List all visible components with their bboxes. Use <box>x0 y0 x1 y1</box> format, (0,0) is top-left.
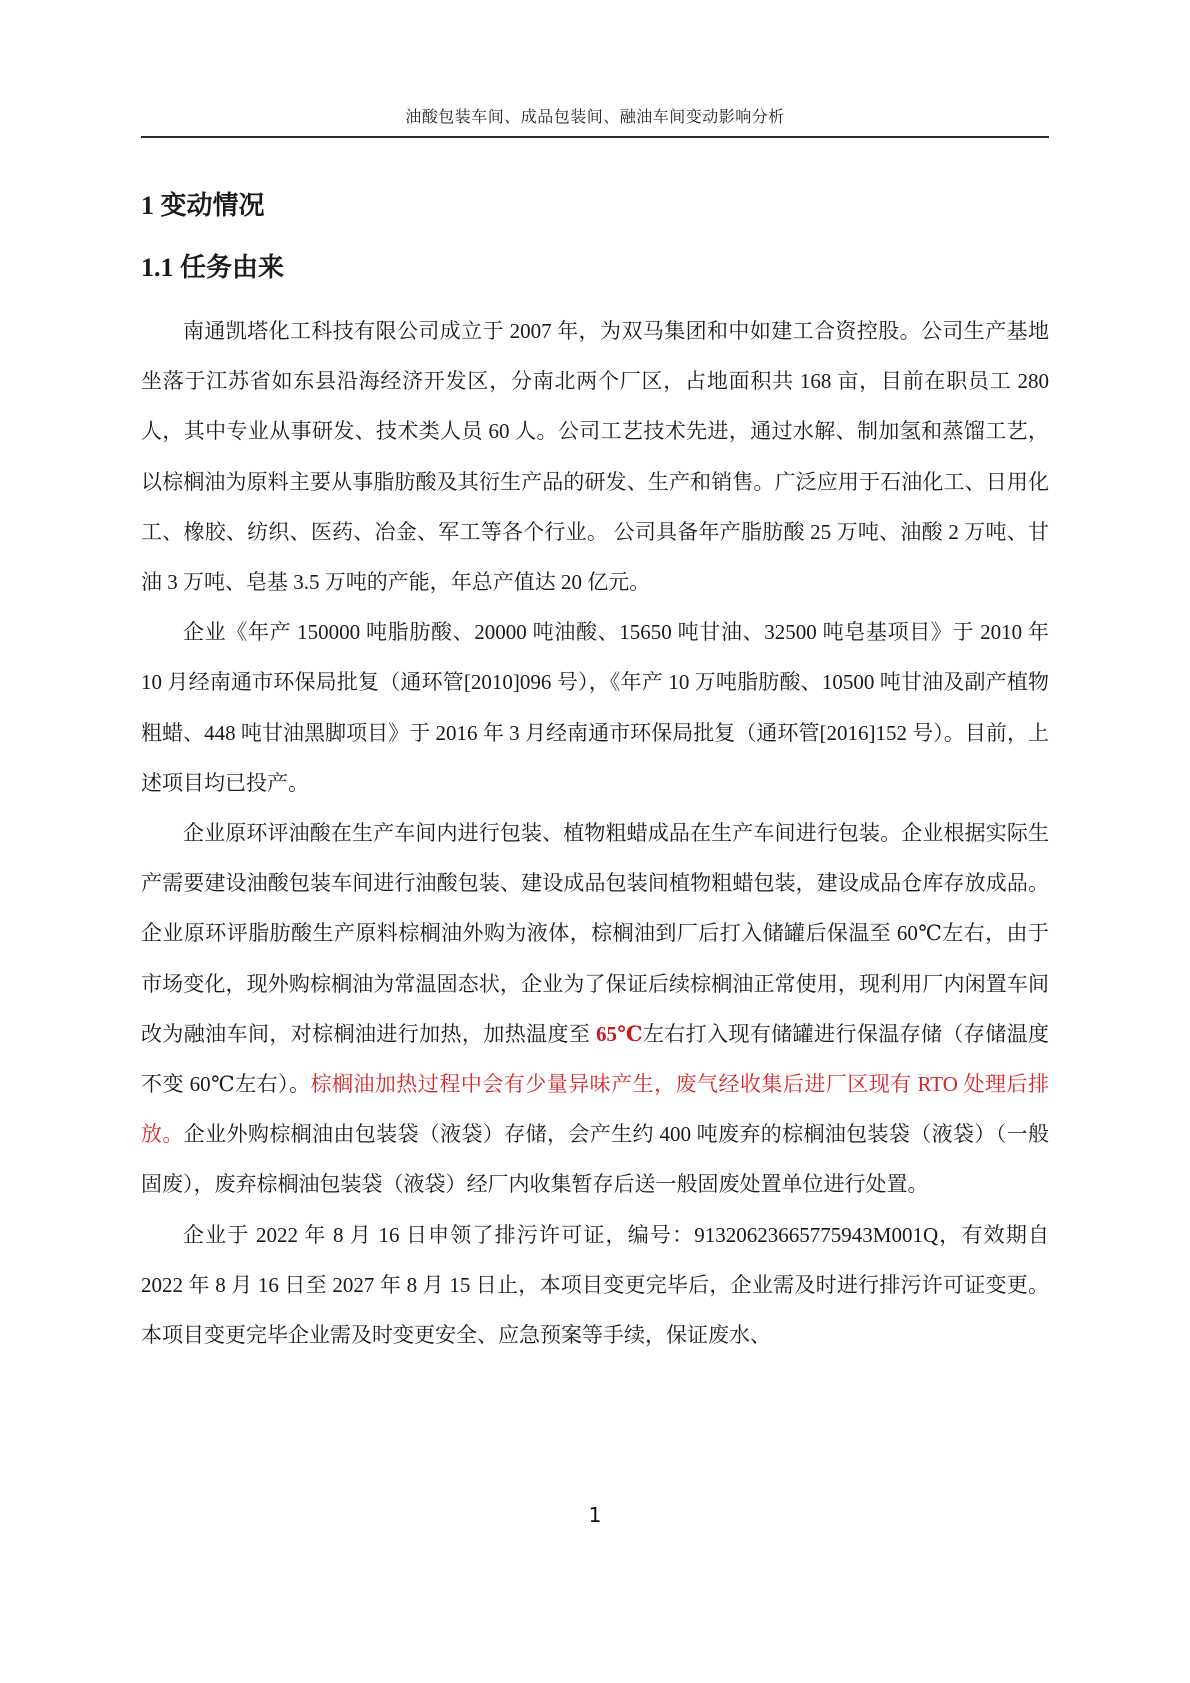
paragraph-project-approvals: 企业《年产 150000 吨脂肪酸、20000 吨油酸、15650 吨甘油、32… <box>141 607 1049 808</box>
subsection-heading: 1.1 任务由来 <box>141 248 1049 288</box>
paragraph-text: 企业原环评油酸在生产车间内进行包装、植物粗蜡成品在生产车间进行包装。企业根据实际… <box>141 821 1049 1046</box>
page-body: 1 变动情况 1.1 任务由来 南通凯塔化工科技有限公司成立于 2007 年，为… <box>141 186 1049 1360</box>
header-rule <box>141 136 1049 138</box>
paragraph-text: 企业外购棕榈油由包装袋（液袋）存储，会产生约 400 吨废弃的棕榈油包装袋（液袋… <box>141 1122 1049 1196</box>
section-heading: 1 变动情况 <box>141 186 1049 226</box>
running-header: 油酸包装车间、成品包装间、融油车间变动影响分析 <box>141 104 1049 127</box>
paragraph-text: 企业于 2022 年 8 月 16 日申领了排污许可证，编号：913206236… <box>141 1223 1049 1347</box>
paragraph-text: 企业《年产 150000 吨脂肪酸、20000 吨油酸、15650 吨甘油、32… <box>141 620 1049 795</box>
body-paragraphs: 南通凯塔化工科技有限公司成立于 2007 年，为双马集团和中如建工合资控股。公司… <box>141 306 1049 1360</box>
paragraph-company-intro: 南通凯塔化工科技有限公司成立于 2007 年，为双马集团和中如建工合资控股。公司… <box>141 306 1049 607</box>
paragraph-text: 南通凯塔化工科技有限公司成立于 2007 年，为双马集团和中如建工合资控股。公司… <box>141 319 1049 594</box>
paragraph-change-description: 企业原环评油酸在生产车间内进行包装、植物粗蜡成品在生产车间进行包装。企业根据实际… <box>141 808 1049 1210</box>
page-number: 1 <box>0 1503 1190 1527</box>
highlight-temperature: 65℃ <box>596 1022 643 1046</box>
paragraph-permit: 企业于 2022 年 8 月 16 日申领了排污许可证，编号：913206236… <box>141 1210 1049 1361</box>
